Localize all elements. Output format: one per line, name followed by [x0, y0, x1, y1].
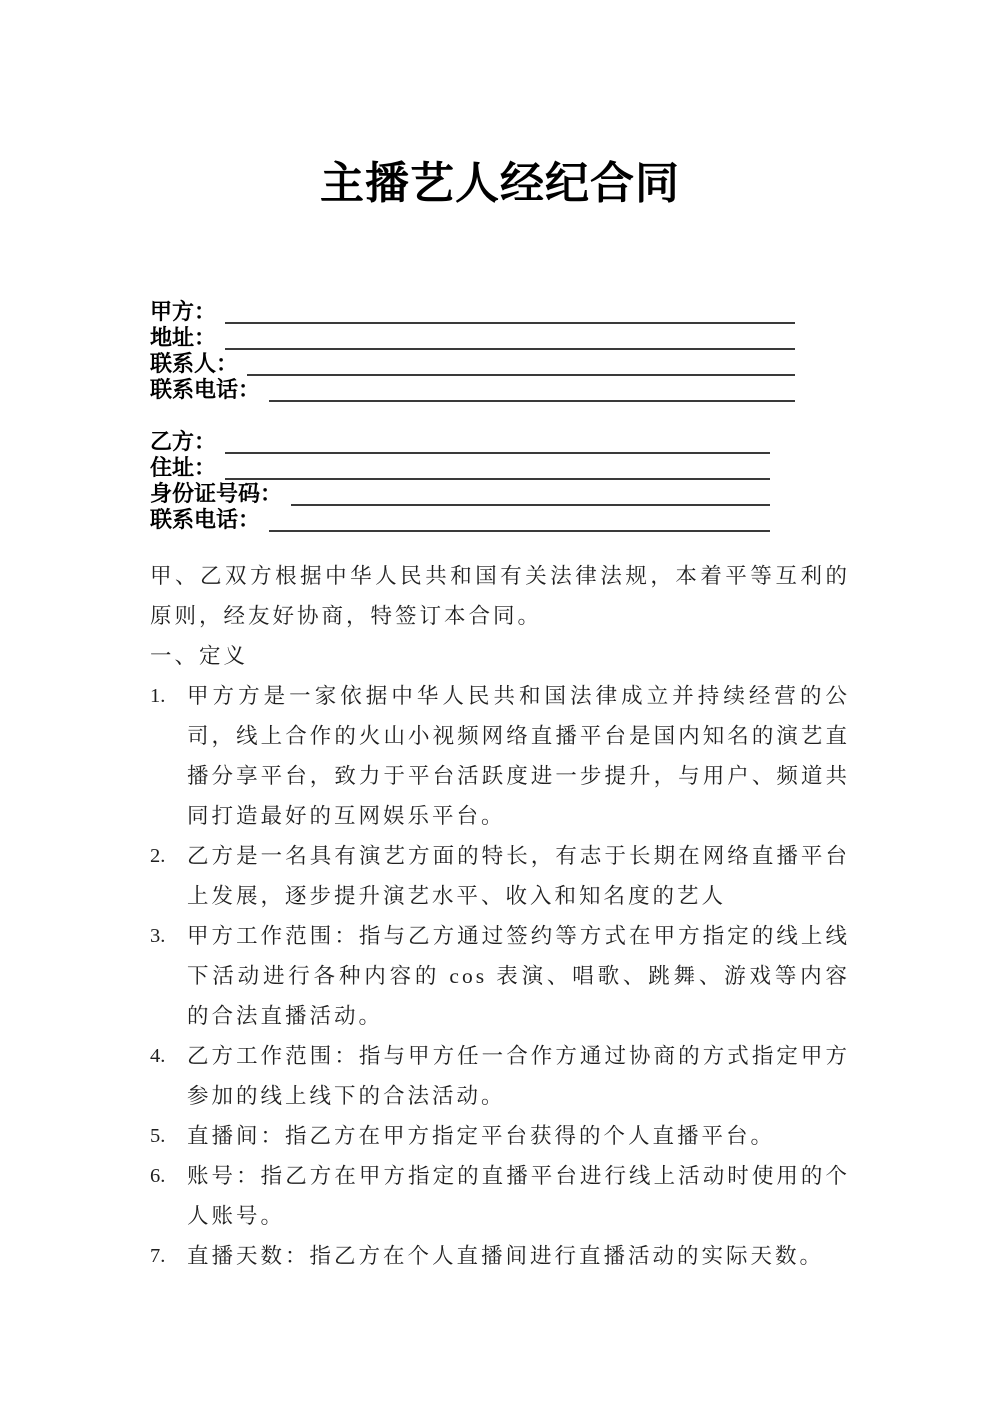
party-a-contact-person-row: 联系人： — [150, 350, 795, 376]
party-a-contact-person-label: 联系人： — [150, 353, 238, 376]
party-b-id-number-label: 身份证号码： — [150, 483, 282, 506]
party-a-name-label: 甲方： — [150, 301, 216, 324]
party-a-address-blank-line — [225, 324, 795, 350]
party-a-address-label: 地址： — [150, 327, 216, 350]
list-item-text: 乙方是一名具有演艺方面的特长，有志于长期在网络直播平台上发展，逐步提升演艺水平、… — [187, 836, 850, 916]
list-item: 2. 乙方是一名具有演艺方面的特长，有志于长期在网络直播平台上发展，逐步提升演艺… — [150, 836, 850, 916]
party-b-phone-row: 联系电话： — [150, 506, 770, 532]
party-a-phone-label: 联系电话： — [150, 379, 260, 402]
document-body: 甲、乙双方根据中华人民共和国有关法律法规，本着平等互利的原则，经友好协商，特签订… — [150, 556, 850, 1276]
party-b-fields: 乙方： 住址： 身份证号码： 联系电话： — [150, 428, 770, 532]
list-item: 1. 甲方方是一家依据中华人民共和国法律成立并持续经营的公司，线上合作的火山小视… — [150, 676, 850, 836]
definitions-list: 1. 甲方方是一家依据中华人民共和国法律成立并持续经营的公司，线上合作的火山小视… — [150, 676, 850, 1276]
list-item-number: 6. — [150, 1156, 187, 1236]
party-a-contact-person-blank-line — [247, 350, 795, 376]
party-b-id-number-row: 身份证号码： — [150, 480, 770, 506]
party-b-address-blank-line — [225, 454, 770, 480]
party-b-phone-label: 联系电话： — [150, 509, 260, 532]
list-item-text: 账号：指乙方在甲方指定的直播平台进行线上活动时使用的个人账号。 — [187, 1156, 850, 1236]
document-title: 主播艺人经纪合同 — [150, 158, 850, 210]
party-b-id-number-blank-line — [291, 480, 770, 506]
list-item: 5. 直播间：指乙方在甲方指定平台获得的个人直播平台。 — [150, 1116, 850, 1156]
list-item-text: 直播间：指乙方在甲方指定平台获得的个人直播平台。 — [187, 1116, 850, 1156]
party-a-phone-blank-line — [269, 376, 795, 402]
party-b-address-row: 住址： — [150, 454, 770, 480]
list-item-text: 甲方方是一家依据中华人民共和国法律成立并持续经营的公司，线上合作的火山小视频网络… — [187, 676, 850, 836]
party-b-name-row: 乙方： — [150, 428, 770, 454]
list-item: 4. 乙方工作范围：指与甲方任一合作方通过协商的方式指定甲方参加的线上线下的合法… — [150, 1036, 850, 1116]
party-b-phone-blank-line — [269, 506, 770, 532]
list-item-number: 3. — [150, 916, 187, 1036]
list-item: 7. 直播天数：指乙方在个人直播间进行直播活动的实际天数。 — [150, 1236, 850, 1276]
list-item-number: 1. — [150, 676, 187, 836]
list-item-number: 4. — [150, 1036, 187, 1116]
list-item-number: 2. — [150, 836, 187, 916]
list-item: 6. 账号：指乙方在甲方指定的直播平台进行线上活动时使用的个人账号。 — [150, 1156, 850, 1236]
party-a-address-row: 地址： — [150, 324, 795, 350]
party-a-fields: 甲方： 地址： 联系人： 联系电话： — [150, 298, 795, 402]
party-a-name-blank-line — [225, 298, 795, 324]
list-item: 3. 甲方工作范围：指与乙方通过签约等方式在甲方指定的线上线下活动进行各种内容的… — [150, 916, 850, 1036]
section-heading-definitions: 一、定义 — [150, 636, 850, 676]
list-item-number: 7. — [150, 1236, 187, 1276]
party-b-address-label: 住址： — [150, 457, 216, 480]
list-item-text: 乙方工作范围：指与甲方任一合作方通过协商的方式指定甲方参加的线上线下的合法活动。 — [187, 1036, 850, 1116]
party-a-name-row: 甲方： — [150, 298, 795, 324]
list-item-text: 甲方工作范围：指与乙方通过签约等方式在甲方指定的线上线下活动进行各种内容的 co… — [187, 916, 850, 1036]
list-item-number: 5. — [150, 1116, 187, 1156]
party-b-name-blank-line — [225, 428, 770, 454]
preamble-paragraph: 甲、乙双方根据中华人民共和国有关法律法规，本着平等互利的原则，经友好协商，特签订… — [150, 556, 850, 636]
party-b-name-label: 乙方： — [150, 431, 216, 454]
list-item-text: 直播天数：指乙方在个人直播间进行直播活动的实际天数。 — [187, 1236, 850, 1276]
contract-document-page: 主播艺人经纪合同 甲方： 地址： 联系人： 联系电话： 乙方： 住址： 身份证号 — [0, 0, 1000, 1415]
party-a-phone-row: 联系电话： — [150, 376, 795, 402]
